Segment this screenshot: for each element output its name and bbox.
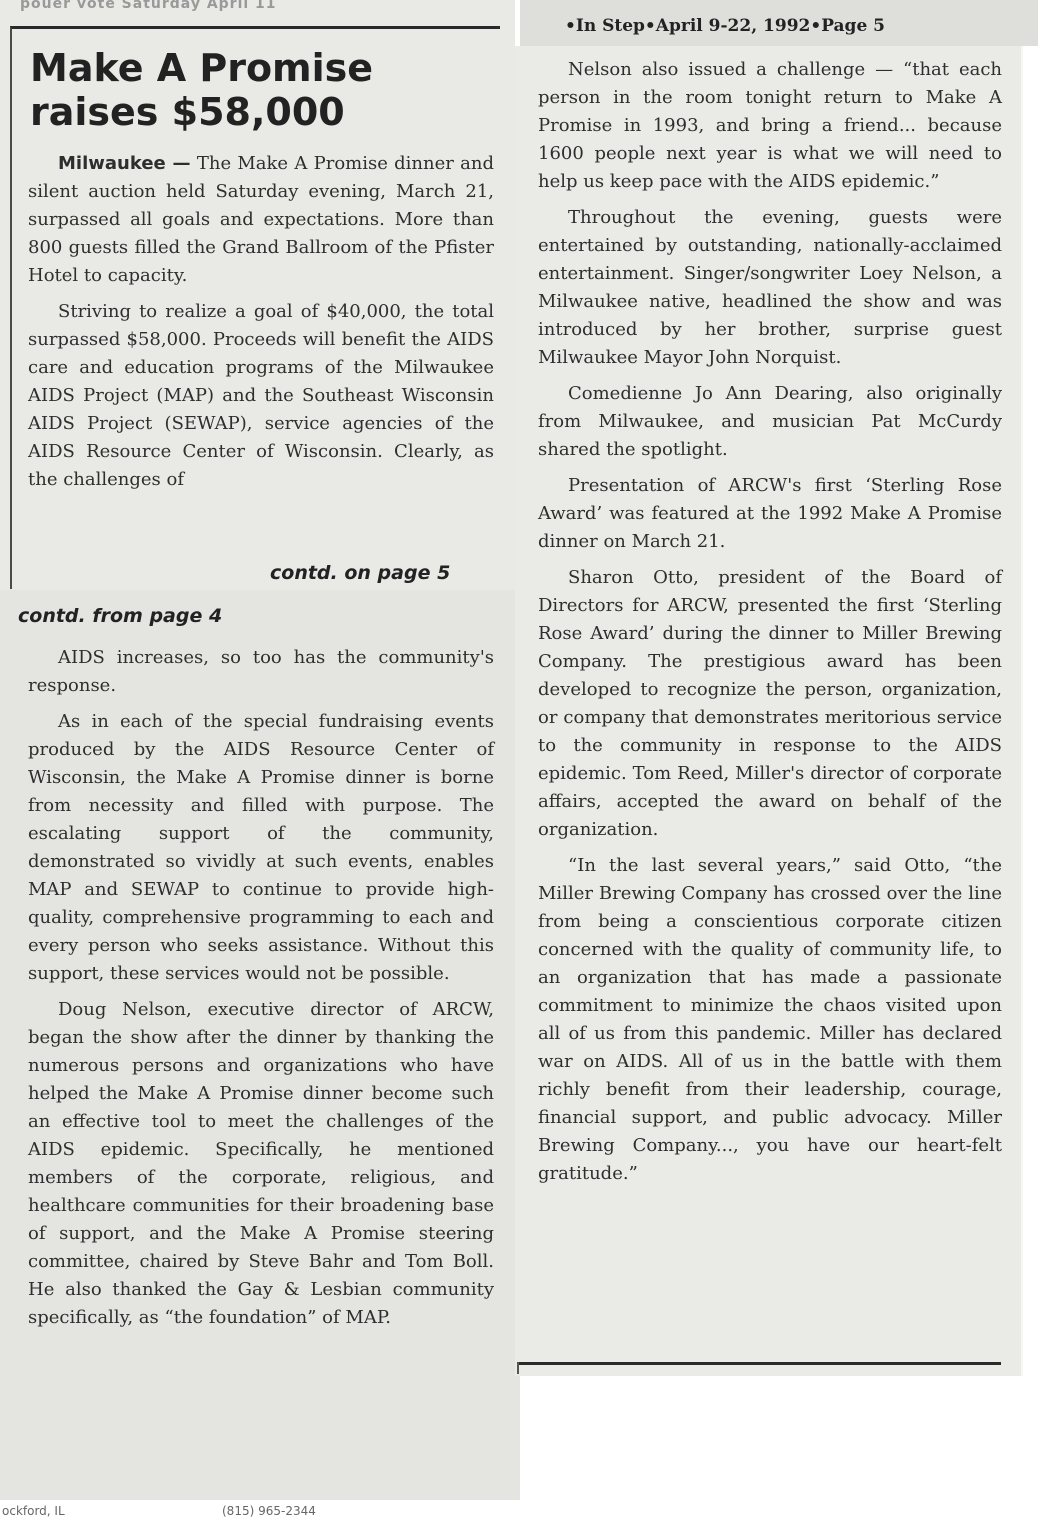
article-headline: Make A Promise raises $58,000 [30, 46, 500, 134]
paragraph: Presentation of ARCW's first ‘Sterling R… [538, 472, 1002, 556]
paragraph: Sharon Otto, president of the Board of D… [538, 564, 1002, 844]
end-rule-corner [517, 1362, 519, 1374]
footer-fragment: ockford, IL (815) 965-2344 [0, 1500, 520, 1520]
paragraph: Throughout the evening, guests were ente… [538, 204, 1002, 372]
paragraph: Milwaukee — The Make A Promise dinner an… [28, 150, 494, 290]
article-body-continued-left: AIDS increases, so too has the community… [28, 644, 494, 1340]
footer-location: ockford, IL [2, 1504, 65, 1518]
paragraph: Comedienne Jo Ann Dearing, also original… [538, 380, 1002, 464]
article-body-continued-right: Nelson also issued a challenge — “that e… [538, 56, 1002, 1196]
cut-off-header-text: pouer vote Saturday April 11 [20, 0, 277, 12]
continued-on-label: contd. on page 5 [270, 562, 450, 584]
paragraph: AIDS increases, so too has the community… [28, 644, 494, 700]
paragraph: Striving to realize a goal of $40,000, t… [28, 298, 494, 494]
dateline: Milwaukee — [58, 153, 191, 174]
paragraph: As in each of the special fundraising ev… [28, 708, 494, 988]
footer-phone: (815) 965-2344 [222, 1504, 316, 1518]
end-rule [517, 1362, 1001, 1365]
article-body-page4: Milwaukee — The Make A Promise dinner an… [28, 150, 494, 502]
continued-from-label: contd. from page 4 [18, 605, 222, 627]
paragraph: “In the last several years,” said Otto, … [538, 852, 1002, 1188]
masthead: •In Step•April 9-22, 1992•Page 5 [565, 16, 885, 36]
paragraph: Nelson also issued a challenge — “that e… [538, 56, 1002, 196]
paragraph: Doug Nelson, executive director of ARCW,… [28, 996, 494, 1332]
